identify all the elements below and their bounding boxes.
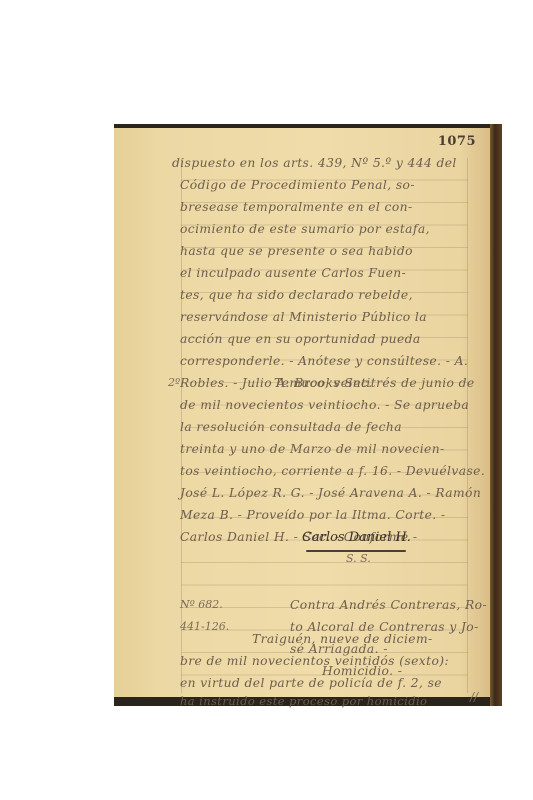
text-line: José L. López R. G. - José Aravena A. - … bbox=[180, 484, 481, 502]
ledger-page: 1075 dispuesto en los arts. 439, Nº 5.º … bbox=[114, 128, 490, 697]
text-line: la resolución consultada de fecha bbox=[180, 418, 402, 436]
text-line: el inculpado ausente Carlos Fuen- bbox=[180, 264, 406, 282]
text-line: ocimiento de este sumario por estafa, bbox=[180, 220, 430, 238]
page-number: 1075 bbox=[438, 134, 476, 149]
text-line: acción que en su oportunidad pueda bbox=[180, 330, 421, 348]
case-number: Nº 682. bbox=[180, 598, 223, 611]
text-line: en virtud del parte de policía de f. 2, … bbox=[180, 674, 442, 692]
text-line: Código de Procedimiento Penal, so- bbox=[180, 176, 415, 194]
book-binding bbox=[490, 124, 502, 706]
text-line: tes, que ha sido declarado rebelde, bbox=[180, 286, 413, 304]
signature: Carlos Daniel H. bbox=[302, 530, 411, 545]
text-line: ha instruido este proceso por homicidio bbox=[180, 692, 427, 710]
text-line: bre de mil novecientos veintidós (sexto)… bbox=[180, 652, 449, 670]
entry-number: 2º bbox=[168, 376, 180, 389]
end-mark: // bbox=[470, 690, 478, 704]
text-line: Traiguén, nueve de diciem- bbox=[252, 630, 433, 648]
text-line: hasta que se presente o sea habido bbox=[180, 242, 413, 260]
text-line: tos veintiocho, corriente a f. 16. - Dev… bbox=[180, 462, 485, 480]
text-line: bresease temporalmente en el con- bbox=[180, 198, 413, 216]
text-line: de mil novecientos veintiocho. - Se apru… bbox=[180, 396, 469, 414]
text-line: corresponderle. - Anótese y consúltese. … bbox=[180, 352, 468, 370]
text-line: treinta y uno de Marzo de mil novecien- bbox=[180, 440, 445, 458]
text-line: Temuco, veintitrés de junio de bbox=[274, 374, 475, 392]
text-line: Contra Andrés Contreras, Ro- bbox=[290, 596, 487, 614]
signature-note: S. S. bbox=[346, 552, 371, 565]
case-number-secondary: 441-126. bbox=[180, 620, 229, 633]
text-line: reservándose al Ministerio Público la bbox=[180, 308, 427, 326]
text-line: dispuesto en los arts. 439, Nº 5.º y 444… bbox=[172, 154, 457, 172]
text-line: Meza B. - Proveído por la Iltma. Corte. … bbox=[180, 506, 445, 524]
